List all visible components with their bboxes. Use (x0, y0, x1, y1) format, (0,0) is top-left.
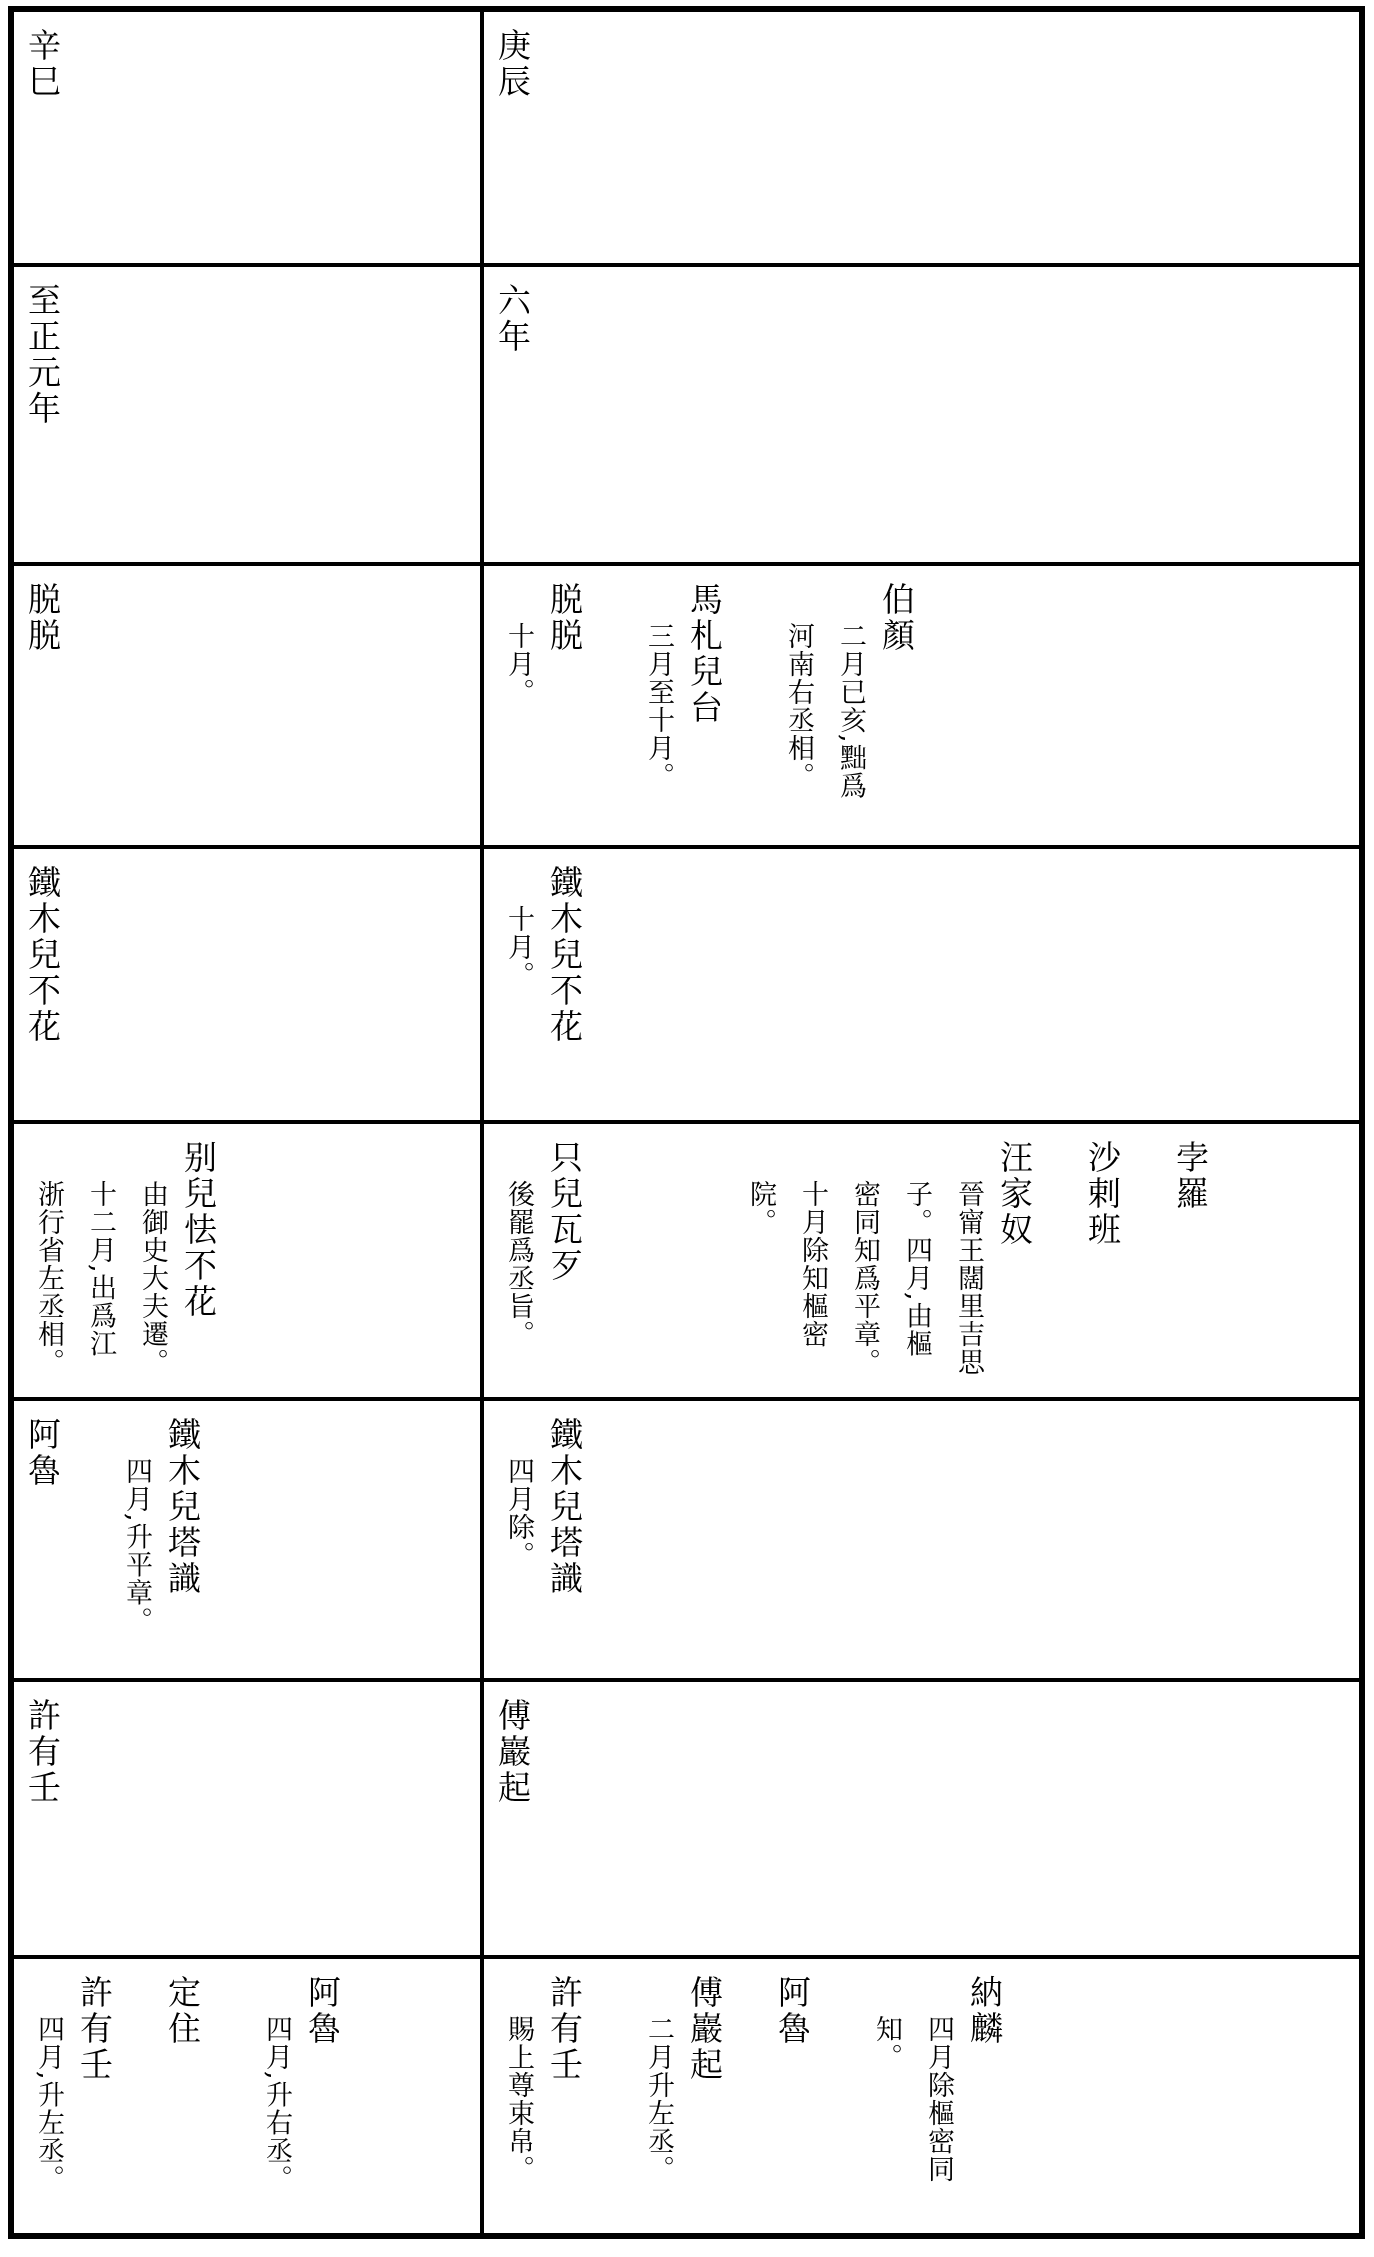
official-note: 四月除。 (492, 1457, 544, 1657)
era-year-label: 至正元年 (22, 283, 62, 554)
official-name: 鐵木兒不花 (22, 865, 62, 1112)
official-name: 許有壬 (544, 1975, 584, 2225)
ganzhi-year-label: 庚辰 (492, 28, 532, 255)
official-name: 别兒怯不花 (178, 1140, 218, 1389)
official-note: 二月已亥,黜爲河南右丞相。 (772, 622, 876, 822)
official-name: 鐵木兒不花 (544, 865, 584, 1112)
official-name: 沙剌班 (1082, 1140, 1122, 1389)
official-entry: 傅巖起 (492, 1698, 532, 1947)
official-name: 只兒瓦歹 (544, 1140, 584, 1389)
cell-content: 孛羅 沙剌班 汪家奴 晉甯王闊里吉思子。四月,由樞密同知爲平章。十月除知樞密院。… (484, 1124, 1256, 1397)
official-entry: 馬札兒台 三月至十月。 (632, 582, 724, 837)
official-name: 傅巖起 (684, 1975, 724, 2225)
official-entry: 阿魯 (22, 1417, 62, 1670)
year-table: 辛巳 庚辰 至正元年 六年 脱脱 (8, 6, 1365, 2239)
official-name: 脱脱 (544, 582, 584, 837)
official-entry: 脱脱 十月。 (492, 582, 584, 837)
cell-row8-left: 阿魯 四月,升右丞。 定住 許有壬 四月,升左丞。 (14, 1959, 480, 2233)
cell-content: 傅巖起 (484, 1682, 578, 1955)
cell-content: 鐵木兒塔識 四月除。 (484, 1401, 630, 1678)
cell-content: 至正元年 (14, 267, 108, 562)
official-entry: 納麟 四月除樞密同知。 (860, 1975, 1004, 2225)
cell-row7-left: 許有壬 (14, 1682, 480, 1955)
official-entry: 定住 (162, 1975, 202, 2225)
cell-row4-left: 鐵木兒不花 (14, 849, 480, 1120)
official-name: 納麟 (964, 1975, 1004, 2225)
official-entry: 鐵木兒塔識 四月,升平章。 (110, 1417, 202, 1670)
cell-content: 鐵木兒不花 十月。 (484, 849, 630, 1120)
official-note: 十月。 (492, 622, 544, 822)
cell-row6-right: 鐵木兒塔識 四月除。 (484, 1401, 1359, 1678)
cell-row5-left: 别兒怯不花 由御史大夫遷。十二月,出爲江浙行省左丞相。 (14, 1124, 480, 1397)
official-name: 鐵木兒塔識 (544, 1417, 584, 1670)
official-entry: 脱脱 (22, 582, 62, 837)
official-name: 阿魯 (772, 1975, 812, 2225)
official-entry: 許有壬 (22, 1698, 62, 1947)
cell-content: 别兒怯不花 由御史大夫遷。十二月,出爲江浙行省左丞相。 (14, 1124, 264, 1397)
year-entry: 辛巳 (22, 28, 62, 255)
official-note: 四月,升右丞。 (250, 2015, 302, 2215)
official-note: 四月,升平章。 (110, 1457, 162, 1657)
cell-row1-right: 庚辰 (484, 12, 1359, 263)
official-entry: 鐵木兒不花 十月。 (492, 865, 584, 1112)
official-note: 四月,升左丞。 (22, 2015, 74, 2215)
official-entry: 汪家奴 晉甯王闊里吉思子。四月,由樞密同知爲平章。十月除知樞密院。 (734, 1140, 1034, 1389)
cell-row2-left: 至正元年 (14, 267, 480, 562)
official-name: 孛羅 (1170, 1140, 1210, 1389)
cell-content: 納麟 四月除樞密同知。 阿魯 傅巖起 二月升左丞。 許有壬 賜上尊束帛。 (484, 1959, 1050, 2233)
official-name: 脱脱 (22, 582, 62, 837)
cell-row3-right: 伯顏 二月已亥,黜爲河南右丞相。 馬札兒台 三月至十月。 脱脱 十月。 (484, 566, 1359, 845)
official-entry: 傅巖起 二月升左丞。 (632, 1975, 724, 2225)
official-note: 後罷爲丞旨。 (492, 1180, 544, 1380)
official-entry: 伯顏 二月已亥,黜爲河南右丞相。 (772, 582, 916, 837)
official-name: 傅巖起 (492, 1698, 532, 1947)
official-entry: 阿魯 四月,升右丞。 (250, 1975, 342, 2225)
official-note: 賜上尊束帛。 (492, 2015, 544, 2215)
official-note: 由御史大夫遷。十二月,出爲江浙行省左丞相。 (22, 1180, 178, 1380)
official-name: 許有壬 (74, 1975, 114, 2225)
official-name: 許有壬 (22, 1698, 62, 1947)
cell-content: 伯顏 二月已亥,黜爲河南右丞相。 馬札兒台 三月至十月。 脱脱 十月。 (484, 566, 962, 845)
official-entry: 鐵木兒塔識 四月除。 (492, 1417, 584, 1670)
era-year-label: 六年 (492, 283, 532, 554)
cell-content: 鐵木兒不花 (14, 849, 108, 1120)
official-name: 定住 (162, 1975, 202, 2225)
cell-content: 脱脱 (14, 566, 108, 845)
official-entry: 許有壬 四月,升左丞。 (22, 1975, 114, 2225)
official-name: 伯顏 (876, 582, 916, 837)
cell-row2-right: 六年 (484, 267, 1359, 562)
year-entry: 六年 (492, 283, 532, 554)
cell-row6-left: 鐵木兒塔識 四月,升平章。 阿魯 (14, 1401, 480, 1678)
cell-row5-right: 孛羅 沙剌班 汪家奴 晉甯王闊里吉思子。四月,由樞密同知爲平章。十月除知樞密院。… (484, 1124, 1359, 1397)
official-note: 晉甯王闊里吉思子。四月,由樞密同知爲平章。十月除知樞密院。 (734, 1180, 994, 1380)
cell-row3-left: 脱脱 (14, 566, 480, 845)
official-name: 汪家奴 (994, 1140, 1034, 1389)
official-name: 鐵木兒塔識 (162, 1417, 202, 1670)
cell-content: 庚辰 (484, 12, 578, 263)
cell-content: 鐵木兒塔識 四月,升平章。 阿魯 (14, 1401, 248, 1678)
cell-row7-right: 傅巖起 (484, 1682, 1359, 1955)
cell-row1-left: 辛巳 (14, 12, 480, 263)
official-entry: 許有壬 賜上尊束帛。 (492, 1975, 584, 2225)
official-name: 阿魯 (302, 1975, 342, 2225)
official-entry: 别兒怯不花 由御史大夫遷。十二月,出爲江浙行省左丞相。 (22, 1140, 218, 1389)
official-entry: 只兒瓦歹 後罷爲丞旨。 (492, 1140, 584, 1389)
cell-content: 辛巳 (14, 12, 108, 263)
official-note: 二月升左丞。 (632, 2015, 684, 2215)
cell-content: 六年 (484, 267, 578, 562)
official-entry: 孛羅 (1170, 1140, 1210, 1389)
cell-content: 許有壬 (14, 1682, 108, 1955)
cell-row4-right: 鐵木兒不花 十月。 (484, 849, 1359, 1120)
official-name: 馬札兒台 (684, 582, 724, 837)
cell-content: 阿魯 四月,升右丞。 定住 許有壬 四月,升左丞。 (14, 1959, 388, 2233)
official-note: 十月。 (492, 905, 544, 1105)
official-entry: 阿魯 (772, 1975, 812, 2225)
year-entry: 至正元年 (22, 283, 62, 554)
official-name: 阿魯 (22, 1417, 62, 1670)
official-note: 三月至十月。 (632, 622, 684, 822)
year-entry: 庚辰 (492, 28, 532, 255)
official-note: 四月除樞密同知。 (860, 2015, 964, 2215)
official-entry: 沙剌班 (1082, 1140, 1122, 1389)
ganzhi-year-label: 辛巳 (22, 28, 62, 255)
official-entry: 鐵木兒不花 (22, 865, 62, 1112)
cell-row8-right: 納麟 四月除樞密同知。 阿魯 傅巖起 二月升左丞。 許有壬 賜上尊束帛。 (484, 1959, 1359, 2233)
